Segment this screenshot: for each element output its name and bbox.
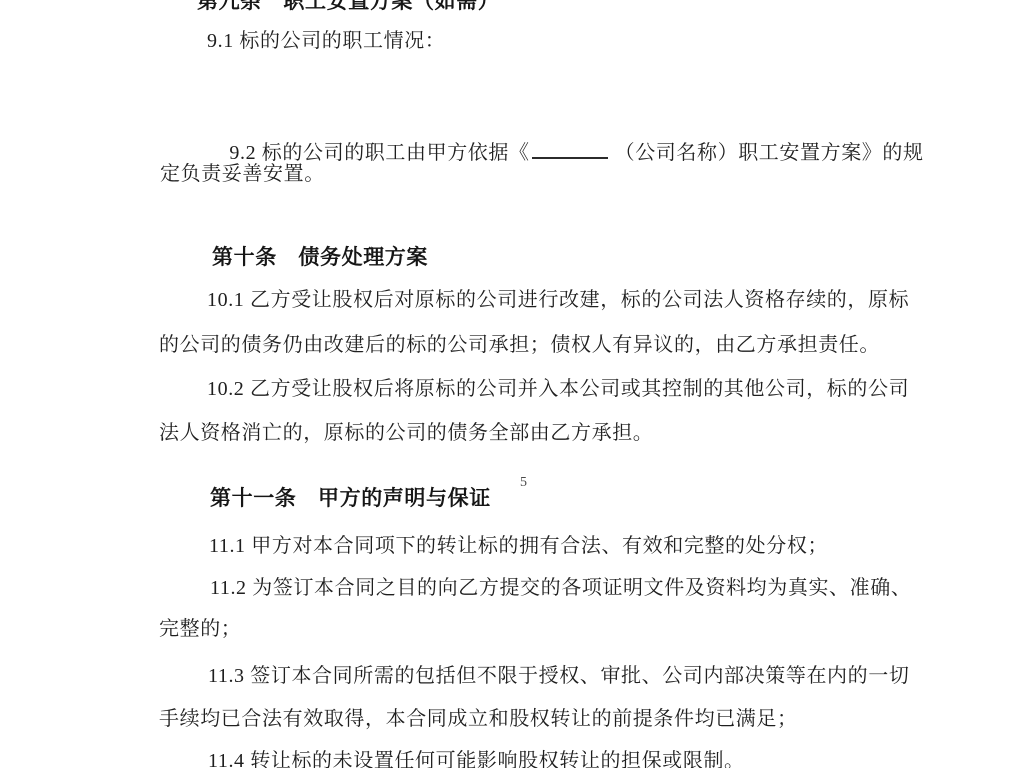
section-heading-article-10: 第十条 债务处理方案 (212, 247, 428, 268)
clause-10-1-continuation: 的公司的债务仍由改建后的标的公司承担；债权人有异议的，由乙方承担责任。 (159, 335, 880, 355)
clause-10-1: 10.1 乙方受让股权后对原标的公司进行改建，标的公司法人资格存续的，原标 (207, 290, 909, 310)
clause-9-2-text-before-blank: 9.2 标的公司的职工由甲方依据《 (229, 142, 529, 164)
clause-11-3: 11.3 签订本合同所需的包括但不限于授权、审批、公司内部决策等在内的一切 (208, 666, 909, 686)
clause-9-2-text-after-blank: （公司名称）职工安置方案》的规 (615, 142, 924, 164)
clause-11-2: 11.2 为签订本合同之目的向乙方提交的各项证明文件及资料均为真实、准确、 (210, 578, 911, 598)
clause-9-1: 9.1 标的公司的职工情况： (207, 31, 445, 51)
fill-in-blank-underline (532, 138, 608, 159)
clause-11-2-continuation: 完整的； (159, 619, 241, 639)
contract-document-page: 第九条 职工安置方案（如需） 9.1 标的公司的职工情况： 9.2 标的公司的职… (0, 0, 1024, 768)
clause-11-1: 11.1 甲方对本合同项下的转让标的拥有合法、有效和完整的处分权； (209, 536, 828, 556)
page-number: 5 (520, 476, 527, 490)
clause-10-2-continuation: 法人资格消亡的，原标的公司的债务全部由乙方承担。 (159, 423, 653, 443)
clause-11-4: 11.4 转让标的未设置任何可能影响股权转让的担保或限制。 (208, 751, 745, 768)
clause-9-2-continuation: 定负责妥善安置。 (160, 164, 325, 184)
section-heading-article-11: 第十一条 甲方的声明与保证 (210, 488, 491, 509)
clause-10-2: 10.2 乙方受让股权后将原标的公司并入本公司或其控制的其他公司，标的公司 (207, 379, 909, 399)
section-heading-article-9: 第九条 职工安置方案（如需） (197, 0, 499, 12)
clause-11-3-continuation: 手续均已合法有效取得，本合同成立和股权转让的前提条件均已满足； (159, 709, 798, 729)
